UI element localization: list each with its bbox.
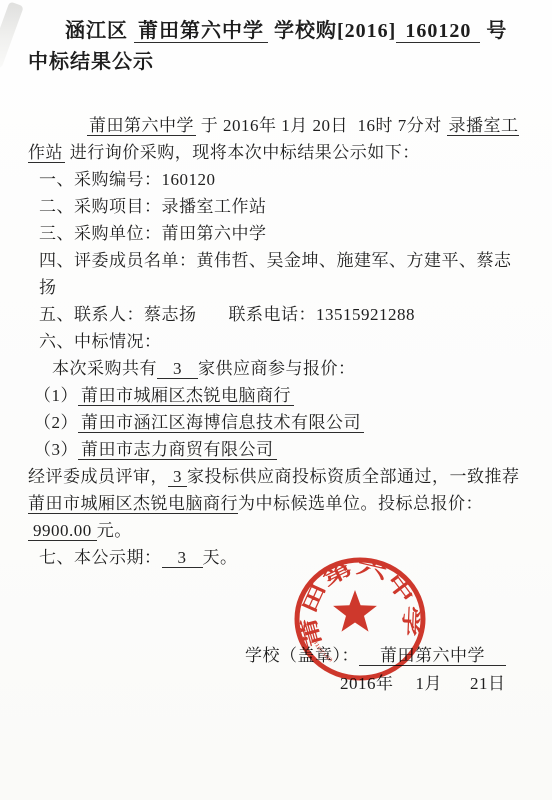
item-purchase-number: 一、采购编号：160120 (39, 166, 522, 193)
text-run: 天。 (203, 548, 238, 567)
text-run: 五、联系人：蔡志扬 (39, 305, 197, 324)
underlined-value: 160120 (396, 20, 480, 43)
item-committee-list: 四、评委成员名单：黄伟哲、吴金坤、施建军、方建平、蔡志扬 (39, 247, 522, 301)
text-run: 三、采购单位：莆田第六中学 (39, 224, 267, 243)
text-run: 四、评委成员名单：黄伟哲、吴金坤、施建军、方建平、蔡志扬 (39, 251, 512, 297)
text-run: 经评委成员评审， (28, 467, 168, 486)
underlined-value: 莆田第六中学 (134, 20, 268, 43)
text-run: （2） (34, 413, 78, 432)
underlined-value: 3 (162, 548, 203, 568)
text-run: 进行询价采购，现将本次中标结果公示如下： (65, 143, 420, 162)
supplier-count-line: 本次采购共有3家供应商参与报价： (52, 355, 522, 382)
underlined-value: 莆田市志力商贸有限公司 (78, 440, 277, 460)
scanned-document-page: 涵江区 莆田第六中学 学校购[2016]160120 号中标结果公示 莆田第六中… (0, 0, 552, 800)
item-purchase-unit: 三、采购单位：莆田第六中学 (39, 220, 522, 247)
underlined-value: 莆田市城厢区杰锐电脑商行 (78, 386, 294, 406)
text-run: 于 2016年 1月 20日 16时 7分对 (196, 116, 447, 135)
text-run: 家供应商参与报价： (198, 359, 356, 378)
underlined-value: 莆田市涵江区海博信息技术有限公司 (78, 413, 364, 433)
supplier-3: （3）莆田市志力商贸有限公司 (34, 436, 522, 463)
item-contact: 五、联系人：蔡志扬联系电话：13515921288 (39, 301, 522, 328)
supplier-1: （1）莆田市城厢区杰锐电脑商行 (34, 382, 522, 409)
text-run: 涵江区 (65, 20, 134, 42)
document-title: 涵江区 莆田第六中学 学校购[2016]160120 号中标结果公示 (28, 16, 522, 78)
item-publicity-period: 七、本公示期：3天。 (39, 544, 522, 571)
text-run: 家投标供应商投标资质全部通过，一致推荐 (187, 467, 520, 486)
supplier-2: （2）莆田市涵江区海博信息技术有限公司 (34, 409, 522, 436)
item-purchase-project: 二、采购项目：录播室工作站 (39, 193, 522, 220)
underlined-value: 3 (168, 467, 187, 487)
item-award-status: 六、中标情况： (39, 328, 522, 355)
text-run: （3） (34, 440, 78, 459)
text-run: 一、采购编号：160120 (39, 170, 216, 189)
review-result-paragraph: 经评委成员评审，3家投标供应商投标资质全部通过，一致推荐莆田市城厢区杰锐电脑商行… (28, 463, 522, 544)
star-icon (333, 590, 377, 632)
underlined-value: 莆田市城厢区杰锐电脑商行 (28, 494, 238, 514)
text-run: 七、本公示期： (39, 548, 162, 567)
text-run: 联系电话：13515921288 (229, 305, 416, 324)
underlined-value: 3 (157, 359, 198, 379)
underlined-value: 9900.00 (28, 521, 97, 541)
text-run: （1） (34, 386, 78, 405)
text-run: 为中标候选单位。投标总报价： (238, 494, 483, 513)
text-run: 元。 (97, 521, 132, 540)
school-seal-stamp: 莆田第六中学 3107160 (291, 553, 433, 685)
text-run: 21日 (470, 674, 506, 693)
intro-paragraph: 莆田第六中学 于 2016年 1月 20日 16时 7分对 录播室工作站 进行询… (28, 112, 522, 166)
text-run: 本次采购共有 (52, 359, 157, 378)
scan-artifact (0, 1, 24, 68)
text-run: 二、采购项目：录播室工作站 (39, 197, 267, 216)
text-run: 六、中标情况： (39, 332, 162, 351)
underlined-value: 莆田第六中学 (87, 116, 196, 136)
text-run: 学校购[2016] (268, 20, 396, 42)
